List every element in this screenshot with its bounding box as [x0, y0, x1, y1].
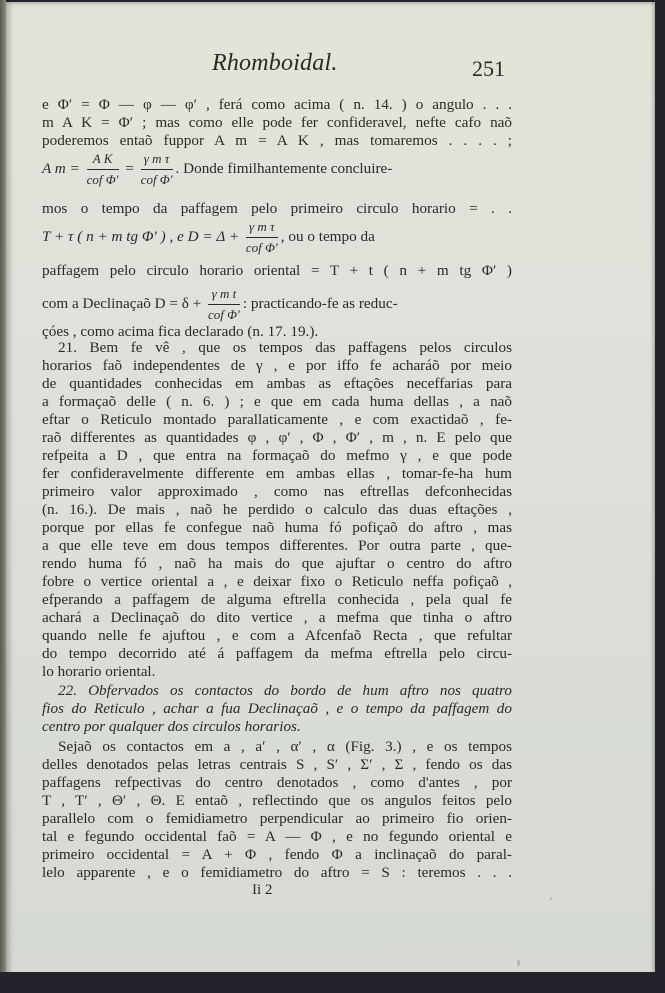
- text-line: 21. Bem fe vê , que os tempos das paffag…: [58, 339, 512, 357]
- text-line: raõ differentes as quantidades φ , φ′ , …: [42, 429, 512, 447]
- text-line: porque por ellas fe confegue naõ huma fó…: [42, 519, 512, 537]
- text-line: m A K = Φ′ ; mas como elle pode fer conf…: [42, 114, 512, 132]
- text-line: efperando a paffagem de alguma eftrella …: [42, 591, 512, 609]
- equation-lhs: com a Declinaçaõ D = δ +: [42, 295, 201, 312]
- equation-tail: : practicando-fe as reduc-: [243, 295, 398, 312]
- text-line: fobre o vertice oriental a , e deixar fi…: [42, 573, 512, 591]
- text-line: delles denotados pelas letras centrais S…: [42, 756, 512, 774]
- text-line: horarios faõ independentes de γ , e por …: [42, 357, 512, 375]
- fraction-numerator: γ m τ: [246, 218, 278, 238]
- fraction-denominator: cof Φ′: [246, 238, 278, 257]
- text-line: paffagens refpectivas do centro denotado…: [42, 774, 512, 792]
- text-line: rendo huma fó , naõ ha mais do que ajuft…: [42, 555, 512, 573]
- heading-line: centro por qualquer dos circulos horario…: [42, 718, 301, 736]
- text-line: a que elle teve em dous tempos different…: [42, 537, 512, 555]
- page-gutter-edge: [0, 0, 6, 993]
- equals-sign: =: [125, 160, 134, 177]
- fraction-gamma-m-tau: γ m τ cof Φ′: [141, 150, 173, 189]
- fraction-gamma-m-tau: γ m τ cof Φ′: [246, 218, 278, 257]
- equation-tail: , ou o tempo da: [281, 228, 375, 245]
- text-line: primeiro occidental = A + Φ , fendo Φ a …: [42, 846, 512, 864]
- text-line: Sejaõ os contactos em a , a′ , α′ , α (F…: [58, 738, 512, 756]
- text-line: tal e fegundo occidental faõ = A — Φ , e…: [42, 828, 512, 846]
- text-line: poderemos entaõ fuppor A m = A K , mas t…: [42, 132, 512, 150]
- equation-lhs: T + τ ( n + m tg Φ′ ) , e D = Δ +: [42, 228, 239, 245]
- text-line: fer confideravelmente differente em amba…: [42, 465, 512, 483]
- text-line: paffagem pelo circulo horario oriental =…: [42, 262, 512, 280]
- text-line: lelo apparente , e o femidiametro do aft…: [42, 864, 512, 882]
- fraction-denominator: cof Φ′: [87, 170, 119, 189]
- equation-declination: com a Declinaçaõ D = δ + γ m t cof Φ′ : …: [42, 285, 512, 324]
- text-line: achará a Declinaçaõ do dito vertice , a …: [42, 609, 512, 627]
- equation-d-delta: T + τ ( n + m tg Φ′ ) , e D = Δ + γ m τ …: [42, 218, 512, 257]
- heading-line: 22. Obfervados os contactos do bordo de …: [58, 682, 512, 700]
- fraction-numerator: A K: [87, 150, 119, 170]
- text-line: do tempo decorrido até á paffagem da mef…: [42, 645, 512, 663]
- equation-am: A m = A K cof Φ′ = γ m τ cof Φ′ . Donde …: [42, 150, 512, 189]
- text-line: parallelo com o femidiametro perpendicul…: [42, 810, 512, 828]
- running-head: Rhomboidal.: [212, 50, 338, 77]
- text-line: a formaçaõ delle ( n. 6. ) ; e que em ca…: [42, 393, 512, 411]
- fraction-gamma-m-t: γ m t cof Φ′: [208, 285, 240, 324]
- text-line: quando nelle fe ajuftou , e com a Afcenf…: [42, 627, 512, 645]
- equation-lhs: A m =: [42, 160, 80, 177]
- text-line: e Φ′ = Φ — φ — φ′ , ferá como acima ( n.…: [42, 96, 512, 114]
- page-number: 251: [472, 56, 505, 82]
- page-header: Rhomboidal. 251: [42, 50, 512, 82]
- fraction-ak-cos: A K cof Φ′: [87, 150, 119, 189]
- text-line: eftar o Reticulo montado parallaticament…: [42, 411, 512, 429]
- text-line: primeiro valor approximado , como nas ef…: [42, 483, 512, 501]
- paper-stain: [517, 960, 520, 966]
- equation-tail: . Donde fimilhantemente concluire-: [176, 160, 393, 177]
- heading-line: fios do Reticulo , achar a fua Declinaça…: [42, 700, 512, 718]
- scan-bottom-shadow: [0, 972, 665, 993]
- fraction-numerator: γ m t: [208, 285, 240, 305]
- fraction-denominator: cof Φ′: [208, 305, 240, 324]
- paper-speck: [550, 897, 552, 900]
- text-line: lo horario oriental.: [42, 663, 155, 681]
- text-line: T , T′ , Θ′ , Θ. E entaõ , reflectindo q…: [42, 792, 512, 810]
- text-line: refpeita a D , que entra na formaçaõ do …: [42, 447, 512, 465]
- fraction-numerator: γ m τ: [141, 150, 173, 170]
- fraction-denominator: cof Φ′: [141, 170, 173, 189]
- signature-mark: Ii 2: [252, 882, 272, 899]
- text-line: de quantidades conhecidas em ambas as ef…: [42, 375, 512, 393]
- text-line: mos o tempo da paffagem pelo primeiro ci…: [42, 200, 512, 218]
- text-line: (n. 16.). De mais , naõ he perdido o cal…: [42, 501, 512, 519]
